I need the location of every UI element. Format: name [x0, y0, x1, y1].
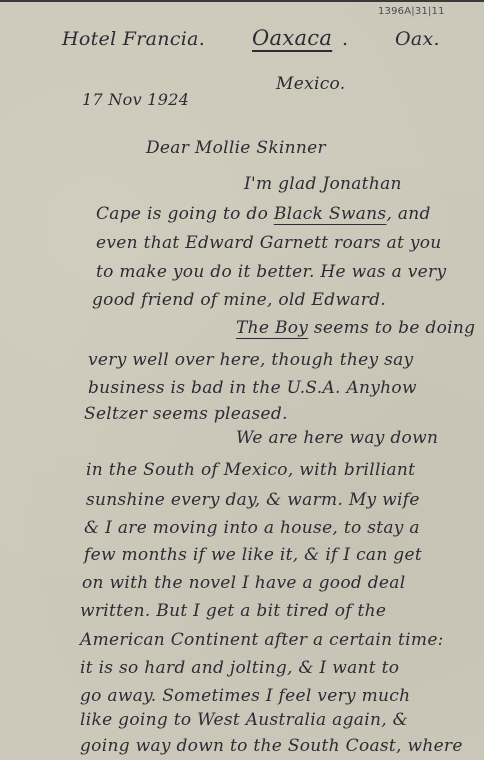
- header-city-separator: .: [342, 28, 348, 50]
- body-line: The Boy seems to be doing: [236, 318, 475, 338]
- body-line: even that Edward Garnett roars at you: [96, 233, 442, 253]
- letter-date: 17 Nov 1924: [82, 90, 189, 109]
- body-line: & I are moving into a house, to stay a: [84, 518, 420, 538]
- body-line: I'm glad Jonathan: [244, 174, 402, 194]
- body-line: in the South of Mexico, with brilliant: [86, 460, 415, 480]
- book-title-black-swans: Black Swans: [274, 204, 387, 224]
- header-country: Mexico.: [276, 74, 345, 94]
- body-line: to make you do it better. He was a very: [96, 262, 446, 282]
- letter-page: 1396A|31|11 Hotel Francia. Oaxaca . Oax.…: [0, 0, 484, 760]
- salutation: Dear Mollie Skinner: [146, 138, 326, 158]
- body-line: very well over here, though they say: [88, 350, 413, 370]
- body-line: like going to West Australia again, &: [80, 710, 408, 730]
- body-line: American Continent after a certain time:: [80, 630, 444, 650]
- header-city: Oaxaca: [252, 26, 332, 50]
- body-line: written. But I get a bit tired of the: [80, 601, 386, 621]
- body-line: Seltzer seems pleased.: [84, 404, 288, 424]
- body-line: Cape is going to do Black Swans, and: [96, 204, 431, 224]
- body-line: it is so hard and jolting, & I want to: [80, 658, 399, 678]
- body-line: sunshine every day, & warm. My wife: [86, 490, 420, 510]
- body-line: good friend of mine, old Edward.: [92, 290, 386, 310]
- header-hotel: Hotel Francia.: [62, 28, 205, 50]
- book-title-the-boy: The Boy: [236, 318, 308, 338]
- archive-reference: 1396A|31|11: [378, 6, 445, 17]
- body-line: go away. Sometimes I feel very much: [80, 686, 410, 706]
- scan-top-edge: [0, 0, 484, 2]
- body-line: business is bad in the U.S.A. Anyhow: [88, 378, 417, 398]
- body-line: going way down to the South Coast, where: [80, 736, 463, 756]
- body-line: few months if we like it, & if I can get: [84, 545, 422, 565]
- header-state: Oax.: [395, 28, 440, 50]
- body-line: We are here way down: [236, 428, 438, 448]
- body-line: on with the novel I have a good deal: [82, 573, 405, 593]
